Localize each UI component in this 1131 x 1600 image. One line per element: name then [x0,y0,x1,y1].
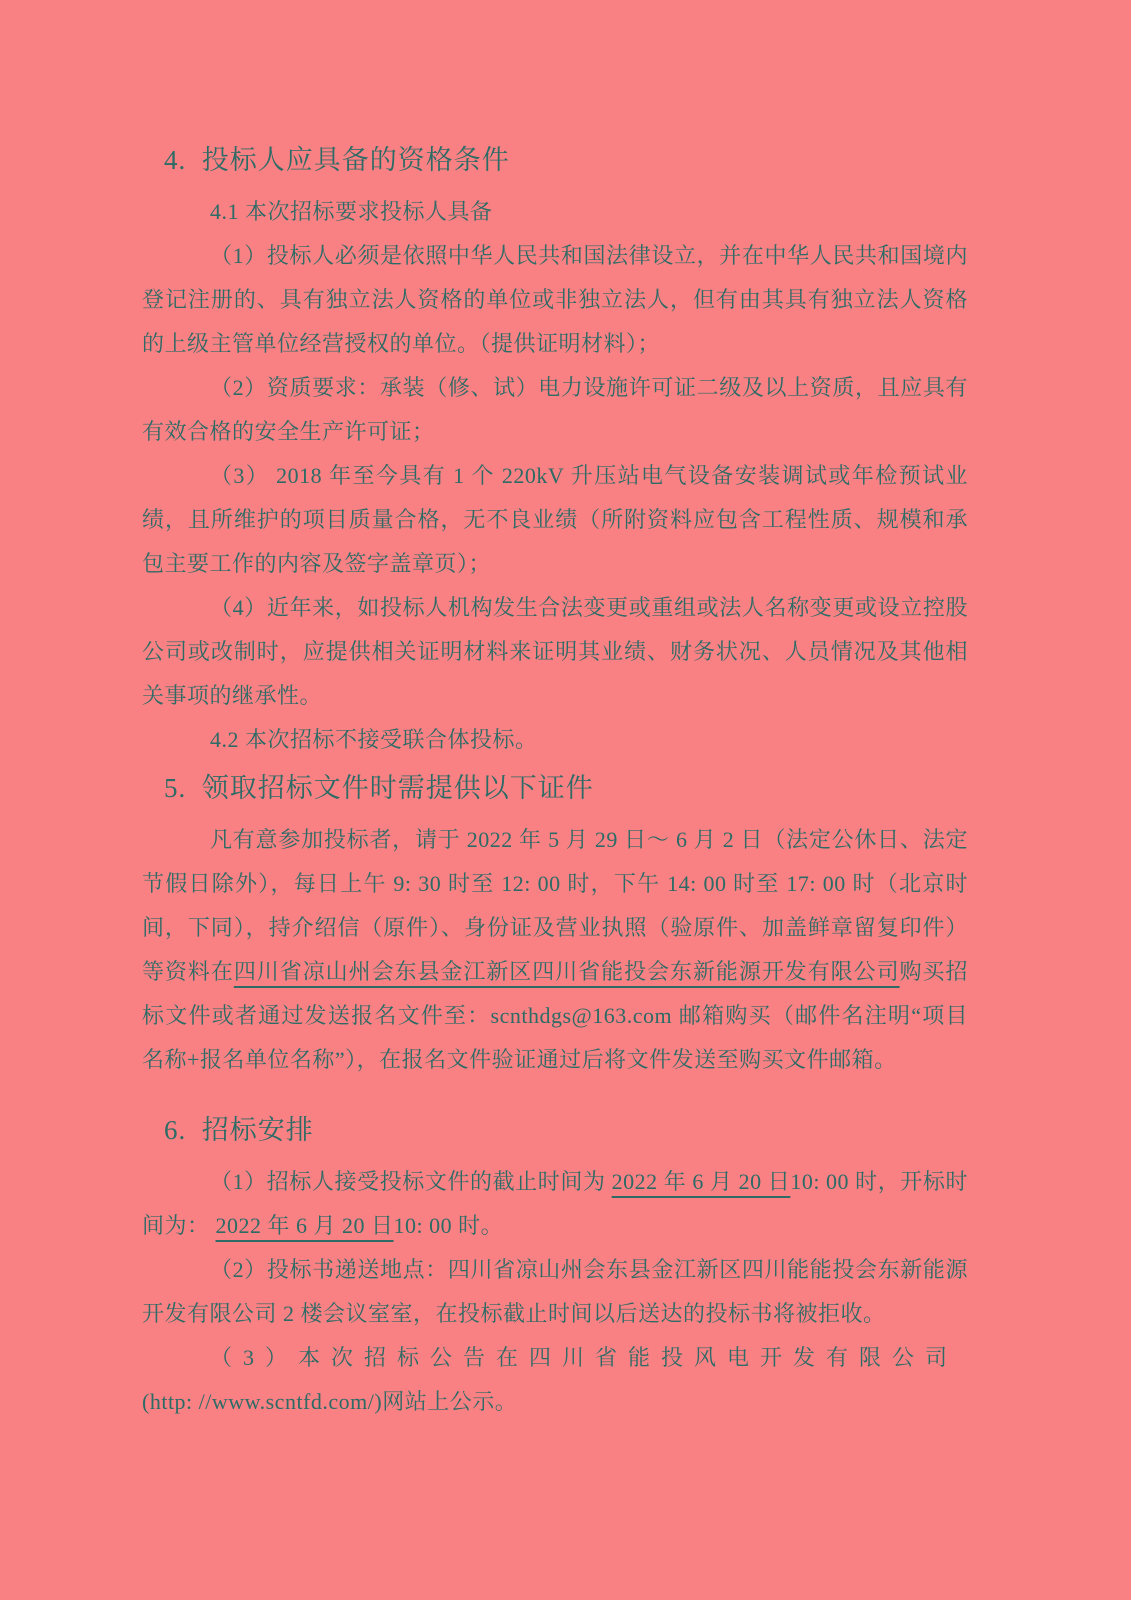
clause-item-4-restructuring: （4）近年来，如投标人机构发生合法变更或重组或法人名称变更或设立控股公司或改制时… [142,586,968,718]
underlined-company-name: 四川省凉山州会东县金江新区四川省能投会东新能源开发有限公司 [234,959,900,984]
underlined-opening-date: 2022 年 6 月 20 日 [216,1213,394,1238]
clause-item-1-legal-entity: （1）投标人必须是依照中华人民共和国法律设立，并在中华人民共和国境内登记注册的、… [142,234,968,366]
paragraph-deadline: （1）招标人接受投标文件的截止时间为 2022 年 6 月 20 日10: 00… [142,1160,968,1248]
paragraph-document-collection: 凡有意参加投标者，请于 2022 年 5 月 29 日～ 6 月 2 日（法定公… [142,818,968,1082]
clause-4-2: 4.2 本次招标不接受联合体投标。 [142,718,968,762]
document-body: 4. 投标人应具备的资格条件 4.1 本次招标要求投标人具备 （1）投标人必须是… [142,134,968,1424]
section-6-heading: 6. 招标安排 [164,1112,968,1148]
email-address: scnthdgs@163.com [491,1003,673,1028]
clause-4-1: 4.1 本次招标要求投标人具备 [142,190,968,234]
clause-item-3-performance: （3） 2018 年至今具有 1 个 220kV 升压站电气设备安装调试或年检预… [142,454,968,586]
website-url: (http: //www.scntfd.com/) [142,1389,382,1414]
clause-item-2-qualification: （2）资质要求：承装（修、试）电力设施许可证二级及以上资质，且应具有有效合格的安… [142,366,968,454]
section-4-heading: 4. 投标人应具备的资格条件 [164,142,968,178]
announcement-tail-text: 网站上公示。 [382,1389,517,1414]
paragraph-announcement: （3）本次招标公告在四川省能投风电开发有限公司(http: //www.scnt… [142,1336,968,1424]
paragraph-delivery-address: （2）投标书递送地点：四川省凉山州会东县金江新区四川能能投会东新能源开发有限公司… [142,1248,968,1336]
underlined-deadline-date: 2022 年 6 月 20 日 [612,1169,791,1194]
opening-time-text: 10: 00 时。 [394,1213,504,1238]
deadline-intro-text: （1）招标人接受投标文件的截止时间为 [210,1169,612,1194]
section-5-heading: 5. 领取招标文件时需提供以下证件 [164,770,968,806]
announcement-justified-text: （3）本次招标公告在四川省能投风电开发有限公司 [210,1345,958,1370]
document-page: 4. 投标人应具备的资格条件 4.1 本次招标要求投标人具备 （1）投标人必须是… [0,0,1131,1600]
